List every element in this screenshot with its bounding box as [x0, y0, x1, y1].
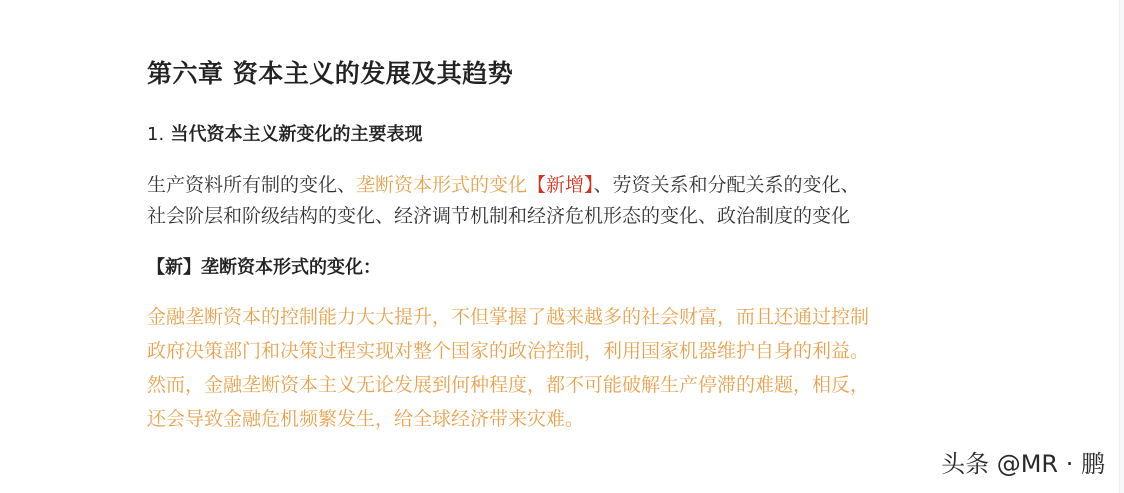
section-heading: 1. 当代资本主义新变化的主要表现: [147, 121, 422, 149]
paragraph-line: 政府决策部门和决策过程实现对整个国家的政治控制，利用国家机器维护自身的利益。: [147, 334, 869, 368]
paragraph-line: 金融垄断资本的控制能力大大提升，不但掌握了越来越多的社会财富，而且还通过控制: [147, 300, 869, 334]
new-added-badge: 【新增】: [527, 174, 594, 196]
paragraph-line: 还会导致金融危机频繁发生，给全球经济带来灾难。: [147, 402, 869, 436]
changes-text-2: 、劳资关系和分配关系的变化、: [594, 174, 860, 196]
changes-line-1: 生产资料所有制的变化、垄断资本形式的变化【新增】、劳资关系和分配关系的变化、: [147, 170, 860, 201]
changes-line-2: 社会阶层和阶级结构的变化、经济调节机制和经济危机形态的变化、政治制度的变化: [147, 201, 860, 232]
document-page: 第六章 资本主义的发展及其趋势 1. 当代资本主义新变化的主要表现 生产资料所有…: [0, 0, 1120, 493]
sub-heading: 【新】垄断资本形式的变化：: [147, 254, 381, 282]
right-edge-divider: [1120, 0, 1124, 493]
monopoly-capital-paragraph: 金融垄断资本的控制能力大大提升，不但掌握了越来越多的社会财富，而且还通过控制 政…: [147, 300, 869, 436]
watermark: 头条 @MR · 鹏: [941, 447, 1105, 481]
chapter-title: 第六章 资本主义的发展及其趋势: [147, 56, 513, 92]
section-number: 1.: [147, 124, 164, 145]
monopoly-capital-highlight: 垄断资本形式的变化: [356, 174, 527, 196]
paragraph-line: 然而，金融垄断资本主义无论发展到何种程度，都不可能破解生产停滞的难题，相反，: [147, 368, 869, 402]
changes-paragraph: 生产资料所有制的变化、垄断资本形式的变化【新增】、劳资关系和分配关系的变化、 社…: [147, 170, 860, 232]
section-title: 当代资本主义新变化的主要表现: [170, 124, 422, 145]
changes-text-1: 生产资料所有制的变化、: [147, 174, 356, 196]
